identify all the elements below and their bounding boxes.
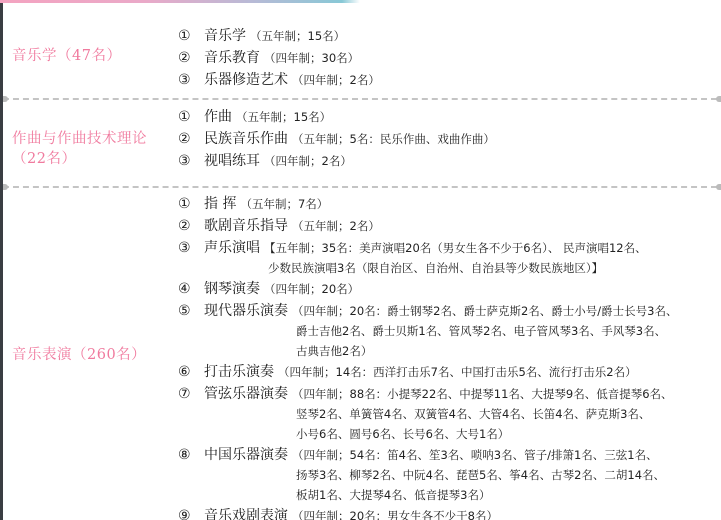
major-name: 作曲	[204, 106, 232, 128]
list-item: ⑥ 打击乐演奏 （四年制；14名：西洋打击乐7名、中国打击乐5名、流行打击乐2名…	[178, 361, 677, 383]
item-number: ②	[178, 47, 204, 69]
section-label: 作曲与作曲技术理论 （22名）	[12, 129, 147, 169]
detail-line: （四年制；20名：爵士钢琴2名、爵士萨克斯2名、爵士小号/爵士长号3名、	[292, 301, 677, 321]
list-item: ② 歌剧音乐指导 （五年制；2名）	[178, 215, 677, 237]
section-divider	[3, 186, 717, 188]
detail-line: 古典吉他2名）	[292, 341, 677, 361]
list-item: ② 音乐教育 （四年制；30名）	[178, 47, 380, 69]
item-number: ⑥	[178, 361, 204, 383]
detail-line: 板胡1名、大提琴4名、低音提琴3名）	[292, 485, 665, 505]
list-item: ① 作曲 （五年制；15名）	[178, 106, 495, 128]
major-list: ① 作曲 （五年制；15名） ② 民族音乐作曲 （五年制；5名：民乐作曲、戏曲作…	[178, 106, 495, 172]
list-item: ④ 钢琴演奏 （四年制；20名）	[178, 278, 677, 300]
detail-line: （四年制；88名：小提琴22名、中提琴11名、大提琴9名、低音提琴6名、	[292, 384, 673, 404]
major-detail: （五年制；15名）	[250, 25, 345, 47]
major-detail: （五年制；5名：民乐作曲、戏曲作曲）	[292, 128, 495, 150]
item-number: ③	[178, 69, 204, 91]
major-name: 音乐学	[204, 25, 246, 47]
list-item: ③ 声乐演唱 【五年制；35名：美声演唱20名（男女生各不少于6名）、 民声演唱…	[178, 237, 677, 278]
item-number: ②	[178, 215, 204, 237]
section-label-line1: 作曲与作曲技术理论	[12, 129, 147, 149]
major-detail: （四年制；54名：笛4名、笙3名、唢呐3名、管子/排箫1名、三弦1名、 扬琴3名…	[292, 445, 665, 505]
item-number: ④	[178, 278, 204, 300]
major-name: 指 挥	[204, 193, 236, 215]
major-detail: （四年制；14名：西洋打击乐7名、中国打击乐5名、流行打击乐2名）	[278, 361, 637, 383]
major-name: 歌剧音乐指导	[204, 215, 288, 237]
list-item: ③ 乐器修造艺术 （四年制；2名）	[178, 69, 380, 91]
detail-line: 少数民族演唱3名（限自治区、自治州、自治县等少数民族地区）】	[264, 258, 647, 278]
major-detail: （四年制；20名）	[264, 278, 359, 300]
major-detail: （四年制；2名）	[292, 69, 380, 91]
major-detail: （四年制；88名：小提琴22名、中提琴11名、大提琴9名、低音提琴6名、 竖琴2…	[292, 384, 673, 444]
list-item: ① 指 挥 （五年制；7名）	[178, 193, 677, 215]
item-number: ③	[178, 150, 204, 172]
major-name: 乐器修造艺术	[204, 69, 288, 91]
major-detail: 【五年制；35名：美声演唱20名（男女生各不少于6名）、 民声演唱12名、 少数…	[264, 238, 647, 278]
list-item: ⑧ 中国乐器演奏 （四年制；54名：笛4名、笙3名、唢呐3名、管子/排箫1名、三…	[178, 444, 677, 505]
window-left-edge	[0, 0, 3, 520]
major-name: 民族音乐作曲	[204, 128, 288, 150]
major-detail: （四年制；20名：男女生各不少于8名）	[292, 505, 498, 520]
item-number: ①	[178, 25, 204, 47]
major-list: ① 指 挥 （五年制；7名） ② 歌剧音乐指导 （五年制；2名） ③ 声乐演唱 …	[178, 193, 677, 520]
major-name: 打击乐演奏	[204, 361, 274, 383]
detail-line: 爵士吉他2名、爵士贝斯1名、管风琴2名、电子管风琴3名、手风琴3名、	[292, 321, 677, 341]
item-number: ⑨	[178, 505, 204, 520]
major-name: 现代器乐演奏	[204, 300, 288, 322]
major-detail: （四年制；20名：爵士钢琴2名、爵士萨克斯2名、爵士小号/爵士长号3名、 爵士吉…	[292, 301, 677, 361]
list-item: ① 音乐学 （五年制；15名）	[178, 25, 380, 47]
detail-line: 竖琴2名、单簧管4名、双簧管4名、大管4名、长笛4名、萨克斯3名、	[292, 404, 673, 424]
list-item: ⑤ 现代器乐演奏 （四年制；20名：爵士钢琴2名、爵士萨克斯2名、爵士小号/爵士…	[178, 300, 677, 361]
item-number: ⑧	[178, 444, 204, 466]
item-number: ①	[178, 106, 204, 128]
item-number: ①	[178, 193, 204, 215]
detail-line: 扬琴3名、柳琴2名、中阮4名、琵琶5名、筝4名、古琴2名、二胡14名、	[292, 465, 665, 485]
major-list: ① 音乐学 （五年制；15名） ② 音乐教育 （四年制；30名） ③ 乐器修造艺…	[178, 25, 380, 91]
item-number: ②	[178, 128, 204, 150]
major-name: 钢琴演奏	[204, 278, 260, 300]
major-name: 声乐演唱	[204, 237, 260, 259]
section-label-line2: （22名）	[12, 149, 147, 169]
major-detail: （四年制；2名）	[264, 150, 352, 172]
top-gradient-bar	[0, 0, 360, 3]
section-label: 音乐表演（260名）	[12, 345, 146, 365]
major-detail: （四年制；30名）	[264, 47, 359, 69]
detail-line: （四年制；54名：笛4名、笙3名、唢呐3名、管子/排箫1名、三弦1名、	[292, 445, 665, 465]
major-detail: （五年制；7名）	[240, 193, 328, 215]
item-number: ⑤	[178, 300, 204, 322]
section-label: 音乐学（47名）	[12, 46, 121, 66]
major-name: 中国乐器演奏	[204, 444, 288, 466]
section-divider	[3, 98, 717, 100]
list-item: ⑨ 音乐戏剧表演 （四年制；20名：男女生各不少于8名）	[178, 505, 677, 520]
list-item: ② 民族音乐作曲 （五年制；5名：民乐作曲、戏曲作曲）	[178, 128, 495, 150]
list-item: ⑦ 管弦乐器演奏 （四年制；88名：小提琴22名、中提琴11名、大提琴9名、低音…	[178, 383, 677, 444]
major-name: 音乐戏剧表演	[204, 505, 288, 520]
major-detail: （五年制；2名）	[292, 215, 380, 237]
detail-line: 【五年制；35名：美声演唱20名（男女生各不少于6名）、 民声演唱12名、	[264, 238, 647, 258]
detail-line: 小号6名、圆号6名、长号6名、大号1名）	[292, 424, 673, 444]
major-detail: （五年制；15名）	[236, 106, 331, 128]
major-name: 管弦乐器演奏	[204, 383, 288, 405]
major-name: 视唱练耳	[204, 150, 260, 172]
item-number: ⑦	[178, 383, 204, 405]
item-number: ③	[178, 237, 204, 259]
major-name: 音乐教育	[204, 47, 260, 69]
list-item: ③ 视唱练耳 （四年制；2名）	[178, 150, 495, 172]
